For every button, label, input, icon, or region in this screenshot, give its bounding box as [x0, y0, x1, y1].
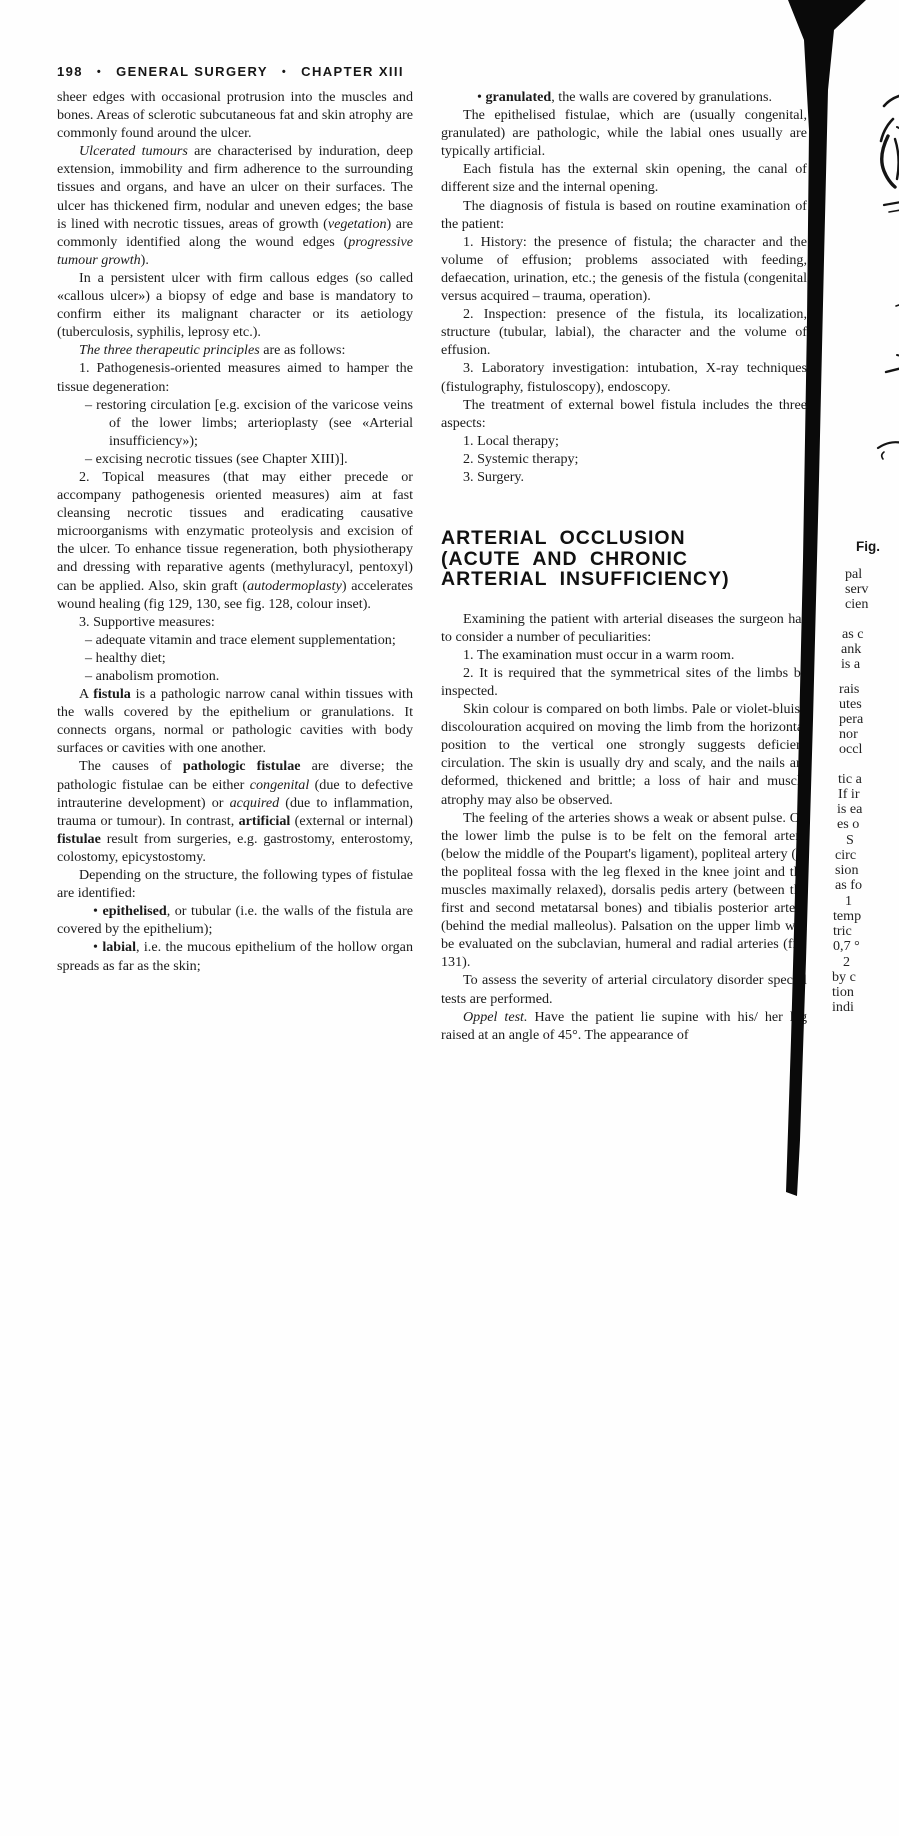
edge-text-fragment: as fo [835, 878, 862, 893]
edge-text-fragment: is a [841, 657, 860, 672]
edge-text-fragment: es o [837, 817, 859, 832]
edge-text-fragment: tion [832, 985, 854, 1000]
scanned-book-page: 198•GENERAL SURGERY•CHAPTER XIII sheer e… [0, 0, 899, 1836]
adjacent-figure-label: Fig. [856, 538, 880, 556]
edge-text-fragment: indi [832, 1000, 854, 1015]
edge-text-fragment: circ [835, 848, 856, 863]
edge-text-fragment: pera [839, 712, 863, 727]
edge-text-fragment: 1 [845, 894, 852, 909]
edge-text-fragment: occl [839, 742, 862, 757]
edge-text-fragment: nor [839, 727, 858, 742]
edge-text-fragment: serv [845, 582, 868, 597]
edge-text-fragment: as c [842, 627, 864, 642]
edge-text-fragment: S [846, 833, 854, 848]
edge-text-fragment: temp [833, 909, 861, 924]
edge-text-fragment: utes [839, 697, 862, 712]
edge-text-fragment: sion [835, 863, 859, 878]
edge-text-fragment: pal [845, 567, 862, 582]
edge-text-fragment: is ea [837, 802, 862, 817]
edge-text-fragment: 2 [843, 955, 850, 970]
adjacent-figure-fragment [0, 0, 899, 520]
edge-text-fragment: tic a [838, 772, 862, 787]
edge-text-fragment: ank [841, 642, 861, 657]
edge-text-fragment: rais [839, 682, 859, 697]
edge-text-fragment: If ir [838, 787, 860, 802]
edge-text-fragment: by c [832, 970, 856, 985]
edge-text-fragment: cien [845, 597, 868, 612]
edge-text-fragment: 0,7 ° [833, 939, 860, 954]
edge-text-fragment: tric [833, 924, 852, 939]
